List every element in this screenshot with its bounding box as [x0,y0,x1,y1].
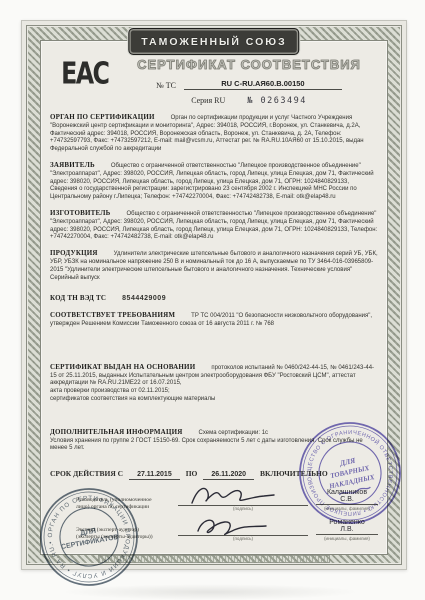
section-product: ПРОДУКЦИЯУдлинители электрические штепсе… [50,249,378,282]
validity-from-date: 27.11.2015 [129,471,180,480]
section-requirements: СООТВЕТСТВУЕТ ТРЕБОВАНИЯМТР ТС 004/2011 … [50,311,378,329]
scanned-certificate-page: ТАМОЖЕННЫЙ СОЮЗ EAC СЕРТИФИКАТ СООТВЕТСТ… [0,0,425,600]
signature-field-expert: (подпись) [170,534,316,541]
validity-label: СРОК ДЕЙСТВИЯ С [50,469,123,478]
signature-field-head: (подпись) [170,504,316,511]
certification-body-stamp: • ОРГАН ПО СЕРТИФИКАЦИИ ПРОДУКЦИИ И УСЛУ… [30,478,148,596]
eac-conformity-mark-icon: EAC [50,57,120,88]
validity-po-label: ПО [186,469,198,478]
stamp-left-center-line1: ДЛЯ [79,526,96,538]
customs-union-banner-text: ТАМОЖЕННЫЙ СОЮЗ [141,36,286,48]
document-title: СЕРТИФИКАТ СООТВЕТСТВИЯ [120,57,378,72]
series-number: № 0263494 [247,96,307,106]
company-blue-stamp: ОБЩЕСТВО С ОГРАНИЧЕННОЙ ОТВЕТСТВЕННОСТЬЮ… [287,410,413,536]
scan-artifact [60,584,360,600]
customs-union-banner: ТАМОЖЕННЫЙ СОЮЗ [128,28,299,55]
stamp-left-center-line2: СЕРТИФИКАТОВ [61,534,120,551]
section-issued-on-basis: СЕРТИФИКАТ ВЫДАН НА ОСНОВАНИИпротоколов … [50,363,378,404]
signature-scribble-expert [188,515,278,539]
section-tnved-code: КОД ТН ВЭД ТС8544429009 [50,294,378,304]
section-manufacturer: ИЗГОТОВИТЕЛЬОбщество с ограниченной отве… [50,209,378,242]
validity-to-date: 26.11.2020 [203,471,254,480]
section-certification-body: ОРГАН ПО СЕРТИФИКАЦИИОрган по сертификац… [50,113,378,154]
signature-scribble-head [188,483,278,509]
cert-no-label: № ТС [156,81,176,90]
series-row: Серия RU № 0263494 [120,96,378,106]
certificate-number-row: № ТС RU C-RU.АЯ60.В.00150 [120,79,378,90]
series-label: Серия RU [191,96,225,105]
cert-no-value: RU C-RU.АЯ60.В.00150 [184,79,342,90]
certificate-header: EAC СЕРТИФИКАТ СООТВЕТСТВИЯ № ТС RU C-RU… [50,57,378,106]
header-titles: СЕРТИФИКАТ СООТВЕТСТВИЯ № ТС RU C-RU.АЯ6… [120,57,378,106]
section-applicant: ЗАЯВИТЕЛЬОбщество с ограниченной ответст… [50,161,378,202]
